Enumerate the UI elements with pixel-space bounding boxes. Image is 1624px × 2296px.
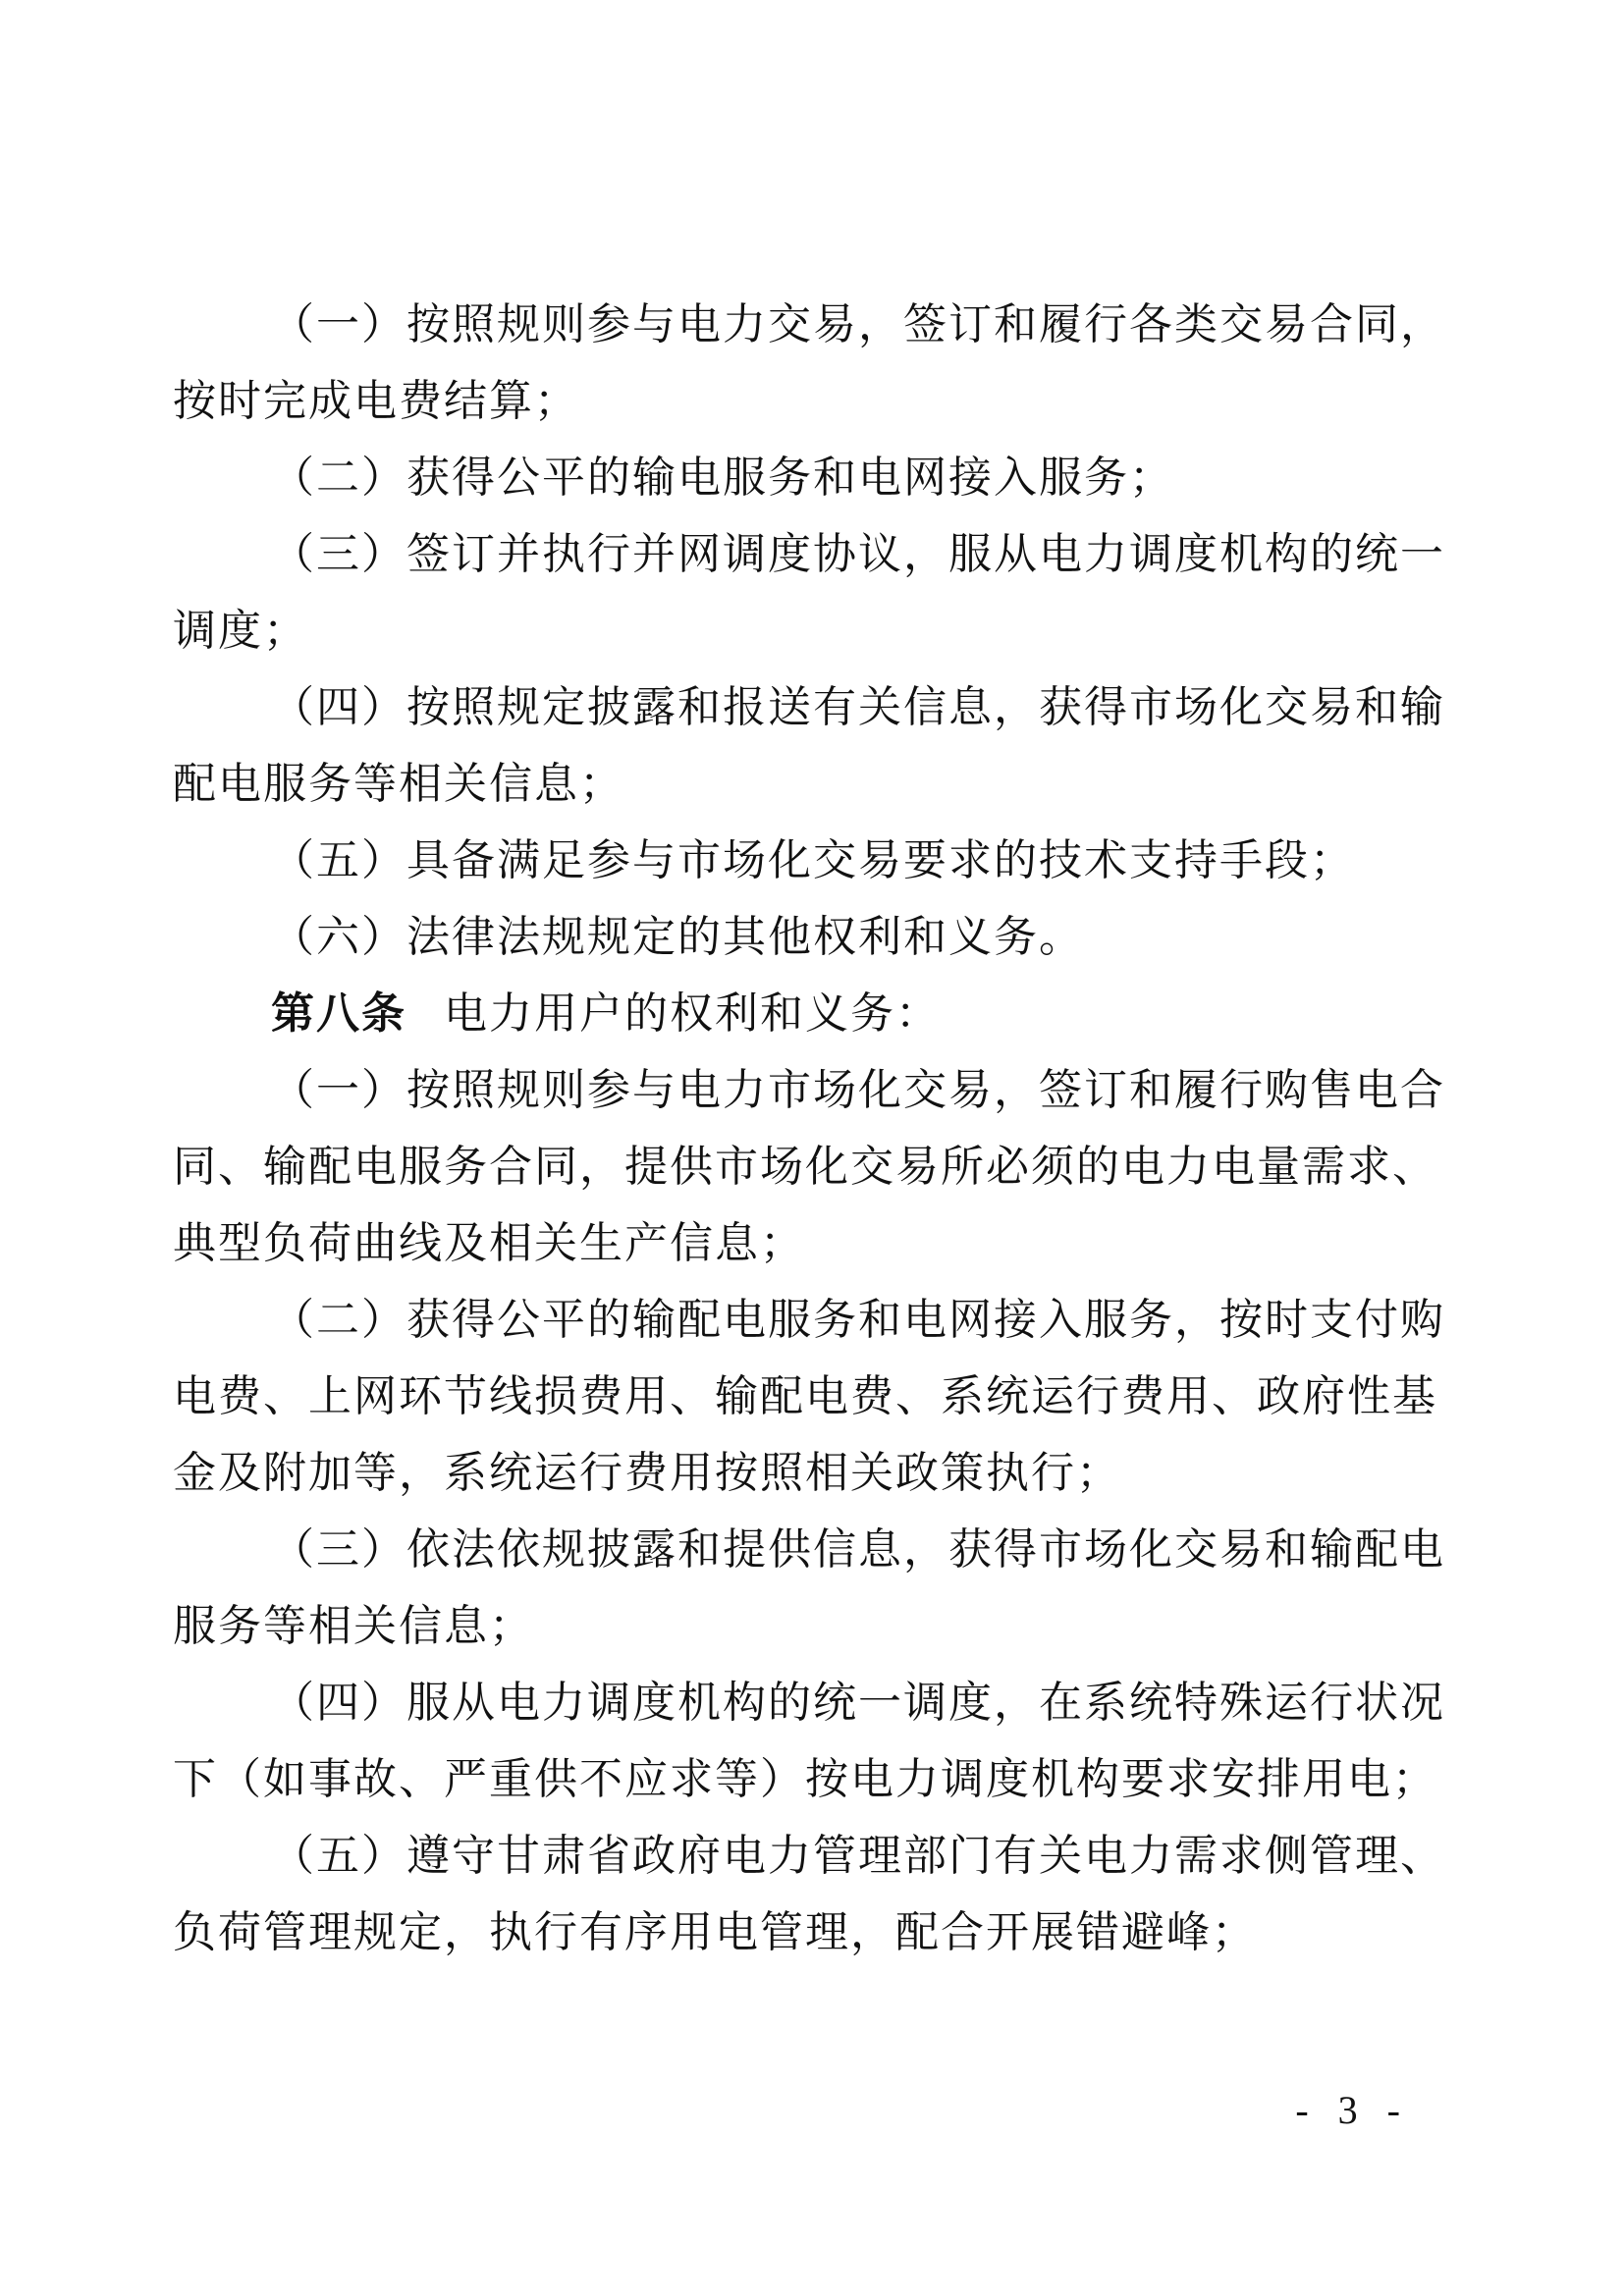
text-line: （五）具备满足参与市场化交易要求的技术支持手段； [173,823,1498,899]
text-line: 负荷管理规定，执行有序用电管理，配合开展错避峰； [173,1895,1498,1971]
text-line: （六）法律法规规定的其他权利和义务。 [173,899,1498,976]
text-line: 电费、上网环节线损费用、输配电费、系统运行费用、政府性基 [173,1359,1498,1435]
text-line: 典型负荷曲线及相关生产信息； [173,1205,1498,1282]
text-line: 按时完成电费结算； [173,363,1498,440]
text-line: 同、输配电服务合同，提供市场化交易所必须的电力电量需求、 [173,1129,1498,1205]
text-line: （一）按照规则参与电力交易，签订和履行各类交易合同， [173,287,1498,363]
text-line: （二）获得公平的输配电服务和电网接入服务，按时支付购 [173,1282,1498,1359]
text-line: （四）按照规定披露和报送有关信息，获得市场化交易和输 [173,669,1498,746]
text-line: 金及附加等，系统运行费用按照相关政策执行； [173,1435,1498,1512]
text-line: （四）服从电力调度机构的统一调度，在系统特殊运行状况 [173,1665,1498,1741]
article-number: 第八条 [271,989,406,1038]
text-line: （二）获得公平的输电服务和电网接入服务； [173,440,1498,516]
text-line: 配电服务等相关信息； [173,746,1498,823]
text-line: （三）依法依规披露和提供信息，获得市场化交易和输配电 [173,1512,1498,1588]
text-line: 服务等相关信息； [173,1588,1498,1665]
page-number: - 3 - [1295,2087,1410,2133]
text-line: 下（如事故、严重供不应求等）按电力调度机构要求安排用电； [173,1741,1498,1818]
text-line: （三）签订并执行并网调度协议，服从电力调度机构的统一 [173,516,1498,593]
text-line: （一）按照规则参与电力市场化交易，签订和履行购售电合 [173,1052,1498,1129]
article-title: 电力用户的权利和义务： [444,989,941,1038]
text-line: 调度； [173,593,1498,669]
document-body: （一）按照规则参与电力交易，签订和履行各类交易合同， 按时完成电费结算； （二）… [173,287,1498,1971]
article-heading-line: 第八条电力用户的权利和义务： [173,976,1498,1052]
text-line: （五）遵守甘肃省政府电力管理部门有关电力需求侧管理、 [173,1818,1498,1895]
document-page: （一）按照规则参与电力交易，签订和履行各类交易合同， 按时完成电费结算； （二）… [0,0,1624,2296]
